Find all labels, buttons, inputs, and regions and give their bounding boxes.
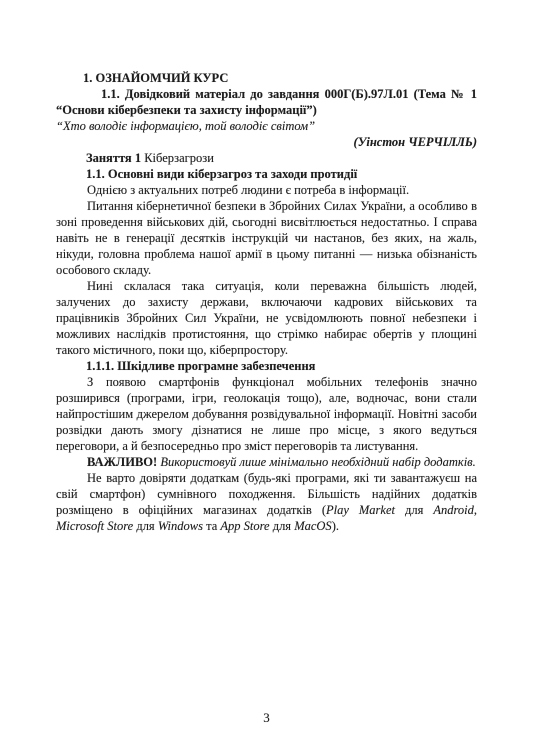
paragraph-trust-part2: Microsoft Store для Windows та App Store… [56, 518, 477, 534]
paragraph-intro: Однією з актуальних потреб людини є потр… [56, 182, 477, 198]
scanned-document-page: 1. ОЗНАЙОМЧИЙ КУРС 1.1. Довідковий матер… [0, 0, 533, 754]
lesson-label: Заняття 1 [86, 151, 141, 165]
section-heading: 1.1. Довідковий матеріал до завдання 000… [56, 86, 477, 118]
paragraph-smartphones: З появою смартфонів функціонал мобільних… [56, 374, 477, 454]
page-number: 3 [0, 710, 533, 726]
lesson-title: Кіберзагрози [144, 151, 214, 165]
paragraph-cyber-security: Питання кібернетичної безпеки в Збройних… [56, 198, 477, 278]
paragraph-situation: Нині склалася така ситуація, коли перева… [56, 278, 477, 358]
text-segment: ). [332, 519, 339, 533]
text-segment: Play Market [326, 503, 395, 517]
text-segment: Microsoft Store [56, 519, 133, 533]
text-segment: для [395, 503, 433, 517]
text-segment: для [270, 519, 295, 533]
text-segment: для [133, 519, 158, 533]
epigraph-quote: “Хто володіє інформацією, той володіє св… [56, 118, 477, 134]
text-segment: та [203, 519, 220, 533]
text-segment: Windows [158, 519, 203, 533]
document-content: 1. ОЗНАЙОМЧИЙ КУРС 1.1. Довідковий матер… [0, 0, 533, 754]
chapter-heading: 1. ОЗНАЙОМЧИЙ КУРС [56, 70, 477, 86]
text-segment: App Store [220, 519, 269, 533]
lesson-heading: Заняття 1 Кіберзагрози [56, 150, 477, 166]
text-segment: MacOS [294, 519, 332, 533]
important-text: Використовуй лише мінімально необхідний … [160, 455, 475, 469]
text-segment: Android [433, 503, 474, 517]
subsection-heading: 1.1. Основні види кіберзагроз та заходи … [56, 166, 477, 182]
malware-heading: 1.1.1. Шкідливе програмне забезпечення [56, 358, 477, 374]
epigraph-author: (Уінстон ЧЕРЧІЛЛЬ) [56, 134, 477, 150]
paragraph-trust-part1: Не варто довіряти додаткам (будь-які про… [56, 470, 477, 518]
text-segment: , [474, 503, 477, 517]
important-note: ВАЖЛИВО! Використовуй лише мінімально не… [56, 454, 477, 470]
important-label: ВАЖЛИВО! [87, 455, 157, 469]
